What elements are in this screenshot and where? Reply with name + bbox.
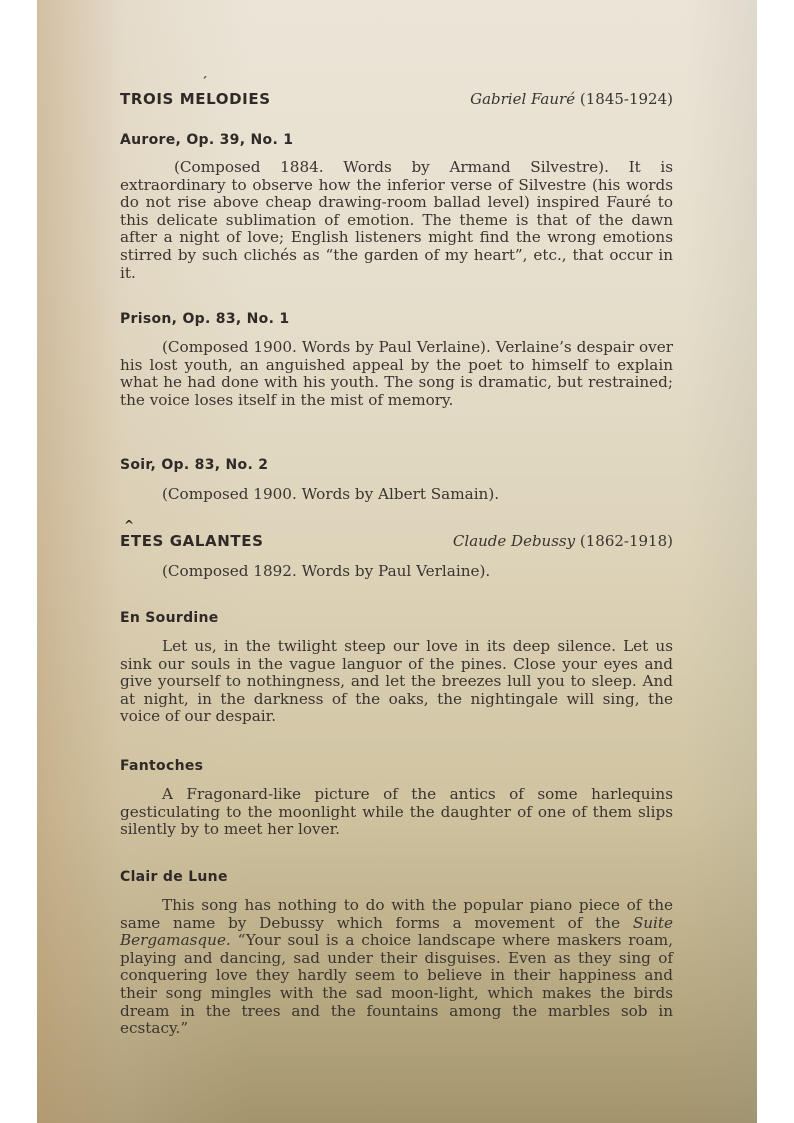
song-description: Let us, in the twilight steep our love i…	[120, 638, 673, 726]
song-description: (Composed 1900. Words by Albert Samain).	[162, 485, 499, 503]
composer-credit: Claude Debussy (1862-1918)	[453, 532, 673, 550]
song-description: A Fragonard-like picture of the antics o…	[120, 786, 673, 839]
section-note: (Composed 1892. Words by Paul Verlaine).	[162, 562, 490, 580]
song-title: Fantoches	[120, 758, 203, 774]
song-description: (Composed 1884. Words by Armand Silvestr…	[120, 159, 673, 282]
song-title: En Sourdine	[120, 610, 219, 626]
song-title: Prison, Op. 83, No. 1	[120, 311, 289, 327]
section-header-debussy: ^ETES GALANTES Claude Debussy (1862-1918…	[120, 532, 673, 550]
section-title: ^ETES GALANTES	[120, 532, 264, 550]
section-header-faure: TROIS MˊELODIES Gabriel Fauré (1845-1924…	[120, 90, 673, 108]
song-title: Aurore, Op. 39, No. 1	[120, 132, 293, 148]
composer-credit: Gabriel Fauré (1845-1924)	[470, 90, 673, 108]
song-description: (Composed 1900. Words by Paul Verlaine).…	[120, 339, 673, 409]
song-title: Clair de Lune	[120, 869, 228, 885]
section-title: TROIS MˊELODIES	[120, 90, 271, 108]
song-title: Soir, Op. 83, No. 2	[120, 457, 268, 473]
song-description: This song has nothing to do with the pop…	[120, 897, 673, 1038]
